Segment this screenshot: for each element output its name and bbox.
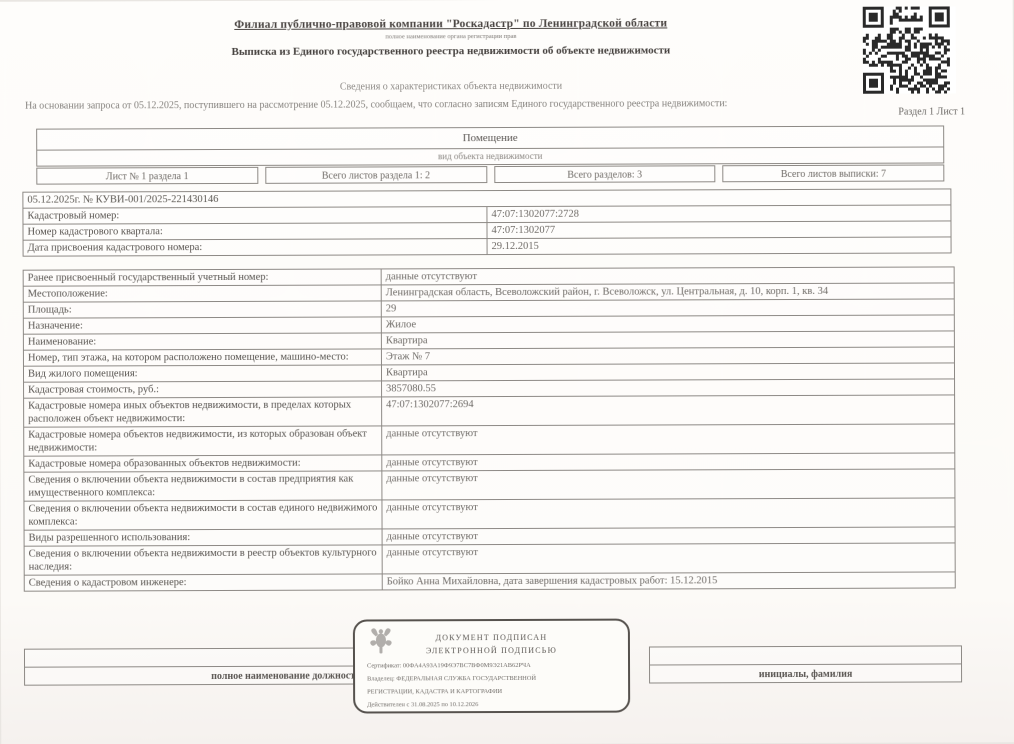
stamp-line2: ЭЛЕКТРОННОЙ ПОДПИСЬЮ bbox=[355, 644, 628, 658]
document-page: Филиал публично-правовой компании "Роска… bbox=[0, 0, 1014, 744]
row-label: Кадастровая стоимость, руб.: bbox=[24, 381, 382, 398]
table-row: Сведения о кадастровом инженере:Бойко Ан… bbox=[24, 572, 955, 591]
org-subtitle: полное наименование органа регистрации п… bbox=[0, 32, 903, 42]
row-label: Кадастровые номера образованных объектов… bbox=[24, 455, 382, 472]
table-row: Дата присвоения кадастрового номера:29.1… bbox=[23, 237, 951, 256]
row-label: Площадь: bbox=[23, 301, 381, 318]
row-value: данные отсутствуют bbox=[382, 469, 955, 500]
row-label: Дата присвоения кадастрового номера: bbox=[23, 239, 487, 257]
object-type-table: Помещение вид объекта недвижимости bbox=[36, 125, 944, 166]
row-value: данные отсутствуют bbox=[382, 498, 955, 529]
table-row: Сведения о включении объекта недвижимост… bbox=[24, 469, 955, 501]
stamp-title: ДОКУМЕНТ ПОДПИСАН ЭЛЕКТРОННОЙ ПОДПИСЬЮ bbox=[355, 631, 628, 658]
coat-of-arms-icon bbox=[369, 626, 393, 656]
row-label: Местоположение: bbox=[23, 285, 381, 302]
row-label: Номер кадастрового квартала: bbox=[23, 223, 487, 241]
table-row: Кадастровые номера иных объектов недвижи… bbox=[24, 395, 955, 427]
row-label: Назначение: bbox=[23, 317, 381, 334]
signature-line bbox=[650, 646, 961, 665]
row-value: данные отсутствуют bbox=[381, 267, 954, 285]
row-value: 47:07:1302077 bbox=[487, 221, 951, 239]
section-sheet-label: Раздел 1 Лист 1 bbox=[898, 106, 965, 117]
row-value: Жилое bbox=[381, 315, 954, 333]
row-value: Квартира bbox=[381, 331, 954, 349]
row-value: 47:07:1302077:2728 bbox=[487, 205, 951, 223]
row-value: 29 bbox=[381, 299, 954, 317]
sheet-info-row: Лист № 1 раздела 1Всего листов раздела 1… bbox=[36, 164, 944, 184]
row-label: Виды разрешенного использования: bbox=[24, 529, 382, 546]
row-value: Квартира bbox=[381, 363, 954, 381]
row-label: Ранее присвоенный государственный учетны… bbox=[23, 269, 381, 286]
stamp-line1: ДОКУМЕНТ ПОДПИСАН bbox=[355, 631, 628, 645]
sheet-info-cell: Всего листов раздела 1: 2 bbox=[265, 166, 487, 184]
row-label: Сведения о включении объекта недвижимост… bbox=[24, 471, 382, 501]
characteristics-table: Ранее присвоенный государственный учетны… bbox=[23, 266, 956, 591]
table-row: Сведения о включении объекта недвижимост… bbox=[24, 543, 955, 575]
request-table: 05.12.2025г. № КУВИ-001/2025-221430146 К… bbox=[22, 188, 951, 256]
row-label: Наименование: bbox=[23, 333, 381, 350]
row-label: Кадастровые номера иных объектов недвижи… bbox=[24, 397, 382, 427]
row-label: Вид жилого помещения: bbox=[23, 365, 381, 382]
stamp-certificate: Сертификат: 00ФА4А9ЗА19Ф9Э7ВС7ВФ0М9Э21АВ… bbox=[367, 661, 618, 671]
qr-code bbox=[863, 6, 956, 93]
stamp-validity: Действителен с 31.08.2025 по 10.12.2026 bbox=[367, 700, 618, 710]
row-label: Сведения о кадастровом инженере: bbox=[24, 574, 382, 591]
row-value: 47:07:1302077:2694 bbox=[382, 395, 955, 426]
row-value: 3857080.55 bbox=[382, 379, 955, 397]
row-value: Бойко Анна Михайловна, дата завершения к… bbox=[382, 572, 955, 590]
sheet-info-cell: Всего листов выписки: 7 bbox=[723, 164, 945, 182]
row-label: Кадастровые номера объектов недвижимости… bbox=[24, 426, 382, 456]
initials-box: инициалы, фамилия bbox=[649, 645, 962, 683]
basis-line: На основании запроса от 05.12.2025, пост… bbox=[25, 97, 975, 111]
object-type-caption: вид объекта недвижимости bbox=[37, 147, 943, 165]
stamp-owner-line1: Владелец: ФЕДЕРАЛЬНАЯ СЛУЖБА ГОСУДАРСТВЕ… bbox=[367, 674, 618, 684]
org-title: Филиал публично-правовой компании "Роска… bbox=[0, 17, 903, 32]
table-row: Сведения о включении объекта недвижимост… bbox=[24, 498, 955, 530]
row-value: Ленинградская область, Всеволожский райо… bbox=[381, 283, 954, 301]
row-value: данные отсутствуют bbox=[382, 424, 955, 455]
e-signature-stamp: ДОКУМЕНТ ПОДПИСАН ЭЛЕКТРОННОЙ ПОДПИСЬЮ С… bbox=[353, 619, 630, 714]
section-title: Сведения о характеристиках объекта недви… bbox=[0, 80, 903, 94]
sheet-info-cell: Лист № 1 раздела 1 bbox=[36, 167, 258, 185]
row-label: Кадастровый номер: bbox=[23, 207, 487, 225]
stamp-owner-line2: РЕГИСТРАЦИИ, КАДАСТРА И КАРТОГРАФИИ bbox=[367, 687, 618, 697]
table-row: Кадастровые номера объектов недвижимости… bbox=[24, 424, 955, 456]
row-value: данные отсутствуют bbox=[382, 543, 955, 574]
row-label: Сведения о включении объекта недвижимост… bbox=[24, 545, 382, 575]
row-label: Сведения о включении объекта недвижимост… bbox=[24, 500, 382, 530]
row-value: Этаж № 7 bbox=[381, 347, 954, 365]
document-title: Выписка из Единого государственного реес… bbox=[0, 44, 903, 59]
sheet-info-cell: Всего разделов: 3 bbox=[494, 165, 716, 183]
row-label: Номер, тип этажа, на котором расположено… bbox=[23, 349, 381, 366]
row-value: 29.12.2015 bbox=[487, 237, 951, 255]
initials-caption: инициалы, фамилия bbox=[650, 664, 961, 684]
